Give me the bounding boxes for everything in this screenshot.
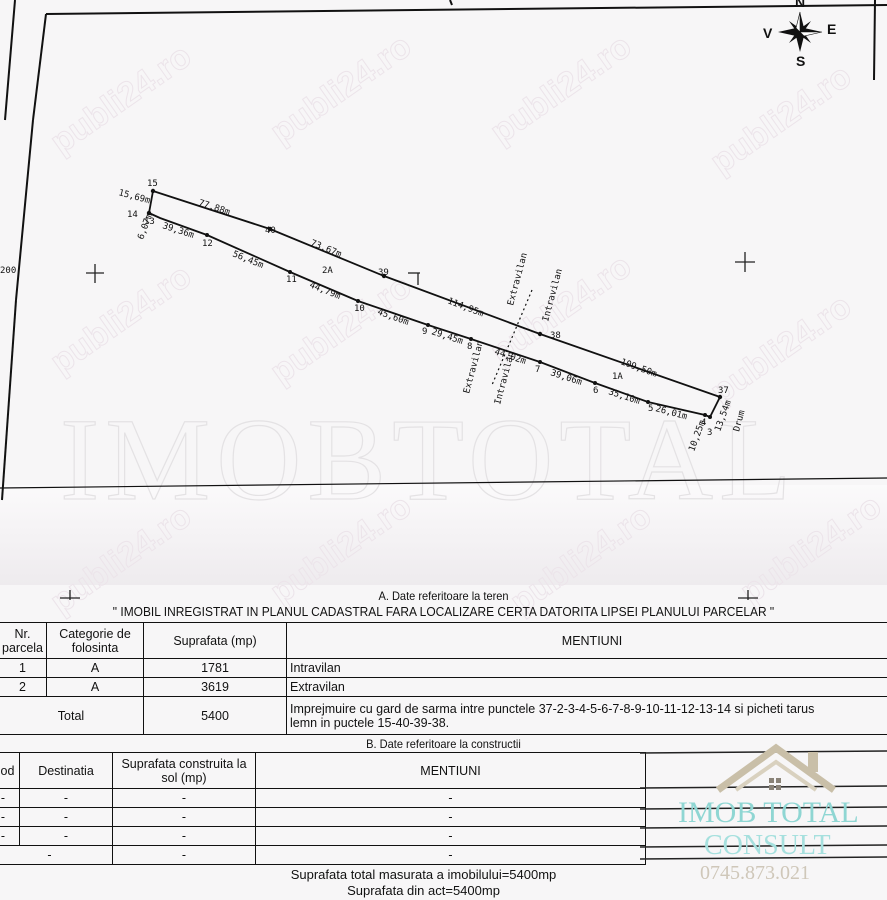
svg-text:109,50m: 109,50m	[619, 357, 658, 379]
svg-text:Extravilan: Extravilan	[506, 252, 530, 307]
table-row: - - - -	[0, 789, 646, 808]
table-row: - - - -	[0, 827, 646, 846]
svg-text:14: 14	[127, 210, 138, 220]
compass-south: S	[796, 53, 805, 69]
svg-text:114,95m: 114,95m	[446, 296, 485, 319]
svg-text:38: 38	[550, 331, 561, 341]
table-row: - - - -	[0, 808, 646, 827]
col-header-suprafata-construita: Suprafata construita la sol (mp)	[113, 753, 256, 789]
col-header-mentiuni: MENTIUNI	[287, 623, 887, 659]
section-a-subtitle: " IMOBIL INREGISTRAT IN PLANUL CADASTRAL…	[35, 604, 851, 619]
svg-text:11: 11	[286, 275, 297, 285]
table-total-row: Total 5400 Imprejmuire cu gard de sarma …	[0, 697, 887, 735]
svg-text:3: 3	[707, 428, 712, 438]
svg-text:39: 39	[378, 268, 389, 278]
svg-text:2A: 2A	[322, 266, 333, 276]
svg-text:7: 7	[535, 365, 540, 375]
total-measured-area: Suprafata total masurata a imobilului=54…	[0, 867, 867, 882]
table-total-row: - - -	[0, 846, 646, 865]
table-row: 1 A 1781 Intravilan	[0, 659, 887, 678]
land-data-table: Nr. parcela Categorie de folosinta Supra…	[0, 622, 887, 735]
svg-text:6: 6	[593, 386, 598, 396]
house-roof-icon	[676, 742, 876, 802]
svg-text:Drum: Drum	[732, 409, 747, 433]
svg-text:1A: 1A	[612, 372, 623, 382]
col-header-suprafata: Suprafata (mp)	[144, 623, 287, 659]
svg-text:10: 10	[354, 304, 365, 314]
col-header-mentiuni: MENTIUNI	[256, 753, 646, 789]
svg-text:5: 5	[648, 404, 653, 414]
svg-text:200: 200	[0, 266, 16, 276]
parcel-boundary	[149, 191, 720, 417]
grid-crosshairs	[60, 252, 758, 600]
deed-area: Suprafata din act=5400mp	[0, 883, 867, 898]
compass-rose-icon	[778, 12, 822, 52]
svg-text:8: 8	[467, 342, 472, 352]
table-row: 2 A 3619 Extravilan	[0, 678, 887, 697]
svg-text:Extravilan: Extravilan	[462, 340, 486, 395]
svg-text:44,79m: 44,79m	[308, 281, 342, 302]
svg-text:15: 15	[147, 179, 158, 189]
svg-text:45,60m: 45,60m	[376, 307, 410, 328]
svg-text:Intravilan: Intravilan	[493, 351, 517, 406]
svg-text:15,69m: 15,69m	[117, 188, 151, 206]
section-a-title: A. Date referitoare la teren	[35, 589, 851, 603]
svg-text:40: 40	[265, 226, 276, 236]
svg-text:10,25m: 10,25m	[687, 419, 708, 453]
cadastral-plan-page: publi24.ro publi24.ro publi24.ro publi24…	[0, 0, 887, 900]
col-header-nr: Nr. parcela	[0, 623, 47, 659]
col-header-categorie: Categorie de folosinta	[47, 623, 144, 659]
svg-text:73,67m: 73,67m	[309, 239, 343, 260]
col-header-destinatia: Destinatia	[20, 753, 113, 789]
col-header-cod: Cod	[0, 753, 20, 789]
constructions-table: Cod Destinatia Suprafata construita la s…	[0, 752, 646, 865]
compass-east: E	[827, 21, 836, 37]
compass-north: N	[795, 0, 805, 10]
svg-text:37: 37	[718, 386, 729, 396]
svg-text:35,10m: 35,10m	[607, 387, 641, 407]
compass-west: V	[763, 25, 772, 41]
svg-text:12: 12	[202, 239, 213, 249]
svg-text:77,88m: 77,88m	[197, 198, 231, 218]
parcel-plan-drawing: 15 14 13 12 11 10 9 8 7 6 5 4 3 40 39 38…	[0, 0, 887, 600]
svg-text:Intravilan: Intravilan	[541, 268, 565, 323]
svg-text:9: 9	[422, 327, 427, 337]
